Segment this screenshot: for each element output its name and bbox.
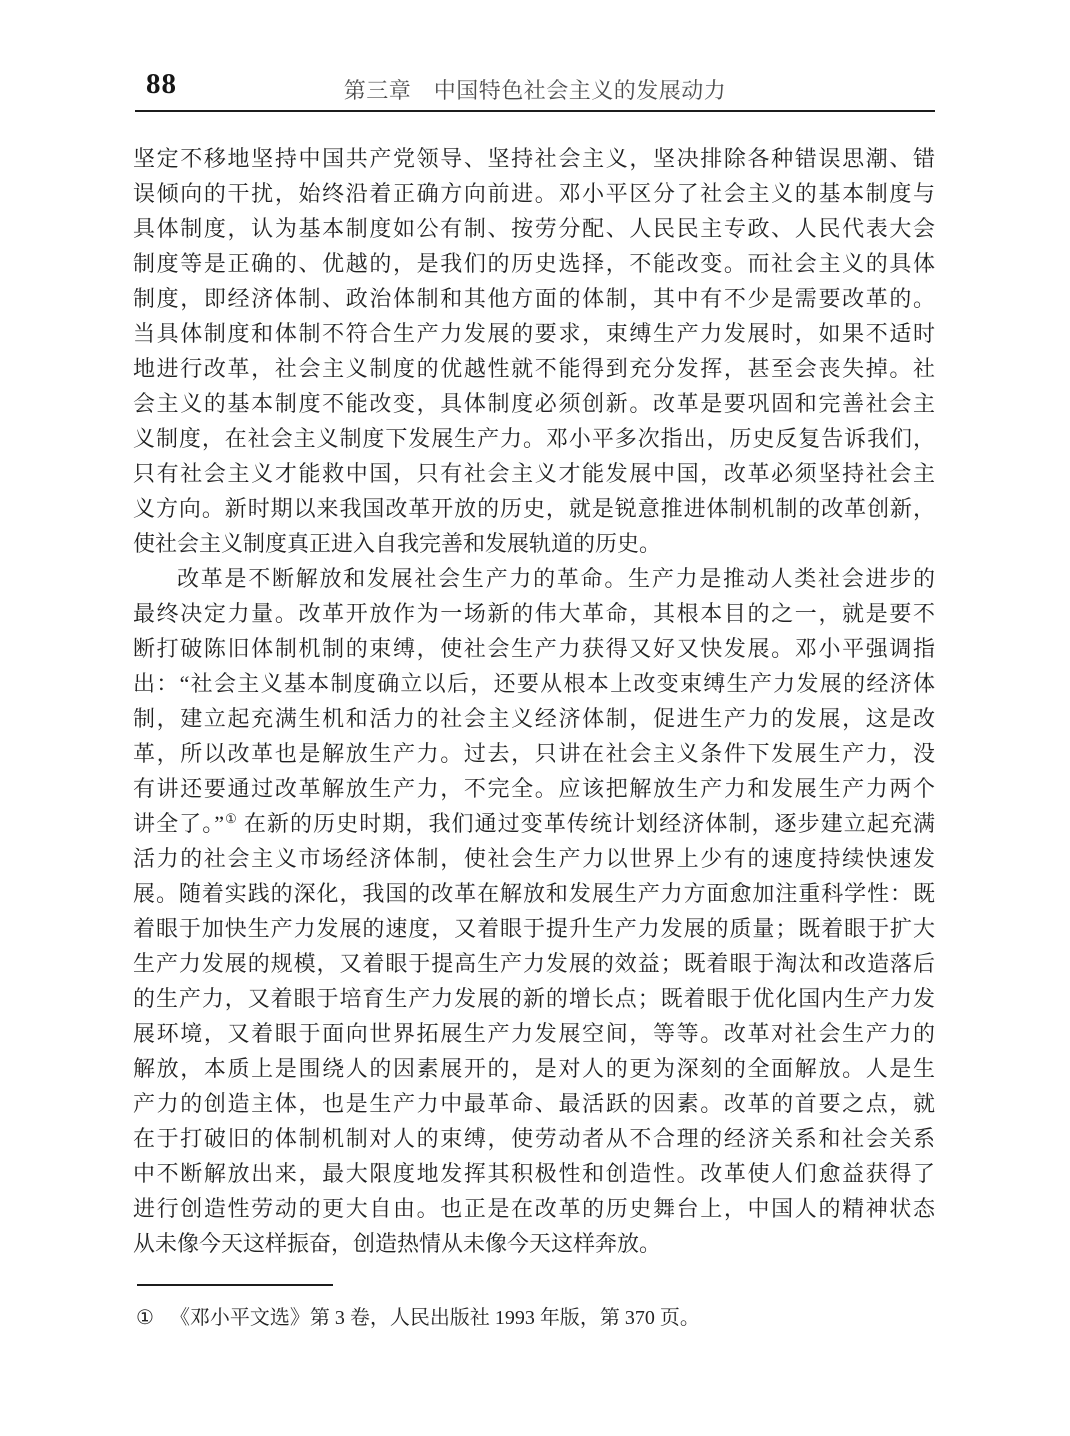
paragraph-1: 坚定不移地坚持中国共产党领导、坚持社会主义，坚决排除各种错误思潮、错 误倾向的干…	[133, 141, 935, 561]
text-line: 误倾向的干扰，始终沿着正确方向前进。邓小平区分了社会主义的基本制度与	[133, 176, 935, 211]
text-line: 当具体制度和体制不符合生产力发展的要求，束缚生产力发展时，如果不适时	[133, 316, 935, 351]
paragraph-2: 改革是不断解放和发展社会生产力的革命。生产力是推动人类社会进步的 最终决定力量。…	[133, 561, 935, 1261]
text-segment: 讲全了。”	[133, 811, 224, 836]
text-line: 改革是不断解放和发展社会生产力的革命。生产力是推动人类社会进步的	[133, 561, 935, 596]
text-line: 的生产力，又着眼于培育生产力发展的新的增长点；既着眼于优化国内生产力发	[133, 981, 935, 1016]
text-line: 制，建立起充满生机和活力的社会主义经济体制，促进生产力的发展，这是改	[133, 701, 935, 736]
body-text: 坚定不移地坚持中国共产党领导、坚持社会主义，坚决排除各种错误思潮、错 误倾向的干…	[133, 141, 935, 1261]
text-line: 产力的创造主体，也是生产力中最革命、最活跃的因素。改革的首要之点，就	[133, 1086, 935, 1121]
footnote-marker: ①	[136, 1307, 154, 1329]
text-line: 制度，即经济体制、政治体制和其他方面的体制，其中有不少是需要改革的。	[133, 281, 935, 316]
header-rule	[135, 110, 935, 112]
text-line: 最终决定力量。改革开放作为一场新的伟大革命，其根本目的之一，就是要不	[133, 596, 935, 631]
text-line: 会主义的基本制度不能改变，具体制度必须创新。改革是要巩固和完善社会主	[133, 386, 935, 421]
text-line: 使社会主义制度真正进入自我完善和发展轨道的历史。	[133, 526, 935, 561]
text-line: 生产力发展的规模，又着眼于提高生产力发展的效益；既着眼于淘汰和改造落后	[133, 946, 935, 981]
text-line: 出：“社会主义基本制度确立以后，还要从根本上改变束缚生产力发展的经济体	[133, 666, 935, 701]
text-line: 活力的社会主义市场经济体制，使社会生产力以世界上少有的速度持续快速发	[133, 841, 935, 876]
text-line: 革，所以改革也是解放生产力。过去，只讲在社会主义条件下发展生产力，没	[133, 736, 935, 771]
text-line: 义方向。新时期以来我国改革开放的历史，就是锐意推进体制机制的改革创新，	[133, 491, 935, 526]
text-line: 义制度，在社会主义制度下发展生产力。邓小平多次指出，历史反复告诉我们，	[133, 421, 935, 456]
footnote-text: 《邓小平文选》第 3 卷，人民出版社 1993 年版，第 370 页。	[170, 1307, 700, 1329]
text-line: 断打破陈旧体制机制的束缚，使社会生产力获得又好又快发展。邓小平强调指	[133, 631, 935, 666]
footnote-separator	[137, 1284, 333, 1286]
text-line: 只有社会主义才能救中国，只有社会主义才能发展中国，改革必须坚持社会主	[133, 456, 935, 491]
text-line: 展。随着实践的深化，我国的改革在解放和发展生产力方面愈加注重科学性：既	[133, 876, 935, 911]
chapter-title: 第三章 中国特色社会主义的发展动力	[0, 74, 1070, 105]
footnote: ①《邓小平文选》第 3 卷，人民出版社 1993 年版，第 370 页。	[136, 1303, 936, 1333]
text-line: 进行创造性劳动的更大自由。也正是在改革的历史舞台上，中国人的精神状态	[133, 1191, 935, 1226]
text-line: 从未像今天这样振奋，创造热情从未像今天这样奔放。	[133, 1226, 935, 1261]
text-line: 中不断解放出来，最大限度地发挥其积极性和创造性。改革使人们愈益获得了	[133, 1156, 935, 1191]
text-line: 着眼于加快生产力发展的速度，又着眼于提升生产力发展的质量；既着眼于扩大	[133, 911, 935, 946]
text-line: 具体制度，认为基本制度如公有制、按劳分配、人民民主专政、人民代表大会	[133, 211, 935, 246]
text-segment: 在新的历史时期，我们通过变革传统计划经济体制，逐步建立起充满	[244, 811, 935, 836]
book-page: 88 第三章 中国特色社会主义的发展动力 坚定不移地坚持中国共产党领导、坚持社会…	[0, 0, 1070, 1436]
text-line: 坚定不移地坚持中国共产党领导、坚持社会主义，坚决排除各种错误思潮、错	[133, 141, 935, 176]
text-line: 解放，本质上是围绕人的因素展开的，是对人的更为深刻的全面解放。人是生	[133, 1051, 935, 1086]
text-line: 地进行改革，社会主义制度的优越性就不能得到充分发挥，甚至会丧失掉。社	[133, 351, 935, 386]
text-line: 展环境，又着眼于面向世界拓展生产力发展空间，等等。改革对社会生产力的	[133, 1016, 935, 1051]
text-line: 有讲还要通过改革解放生产力，不完全。应该把解放生产力和发展生产力两个	[133, 771, 935, 806]
text-line: 在于打破旧的体制机制对人的束缚，使劳动者从不合理的经济关系和社会关系	[133, 1121, 935, 1156]
footnote-ref-superscript: ①	[224, 811, 238, 826]
text-line: 制度等是正确的、优越的，是我们的历史选择，不能改变。而社会主义的具体	[133, 246, 935, 281]
text-line-with-footnote-ref: 讲全了。”①在新的历史时期，我们通过变革传统计划经济体制，逐步建立起充满	[133, 806, 935, 841]
